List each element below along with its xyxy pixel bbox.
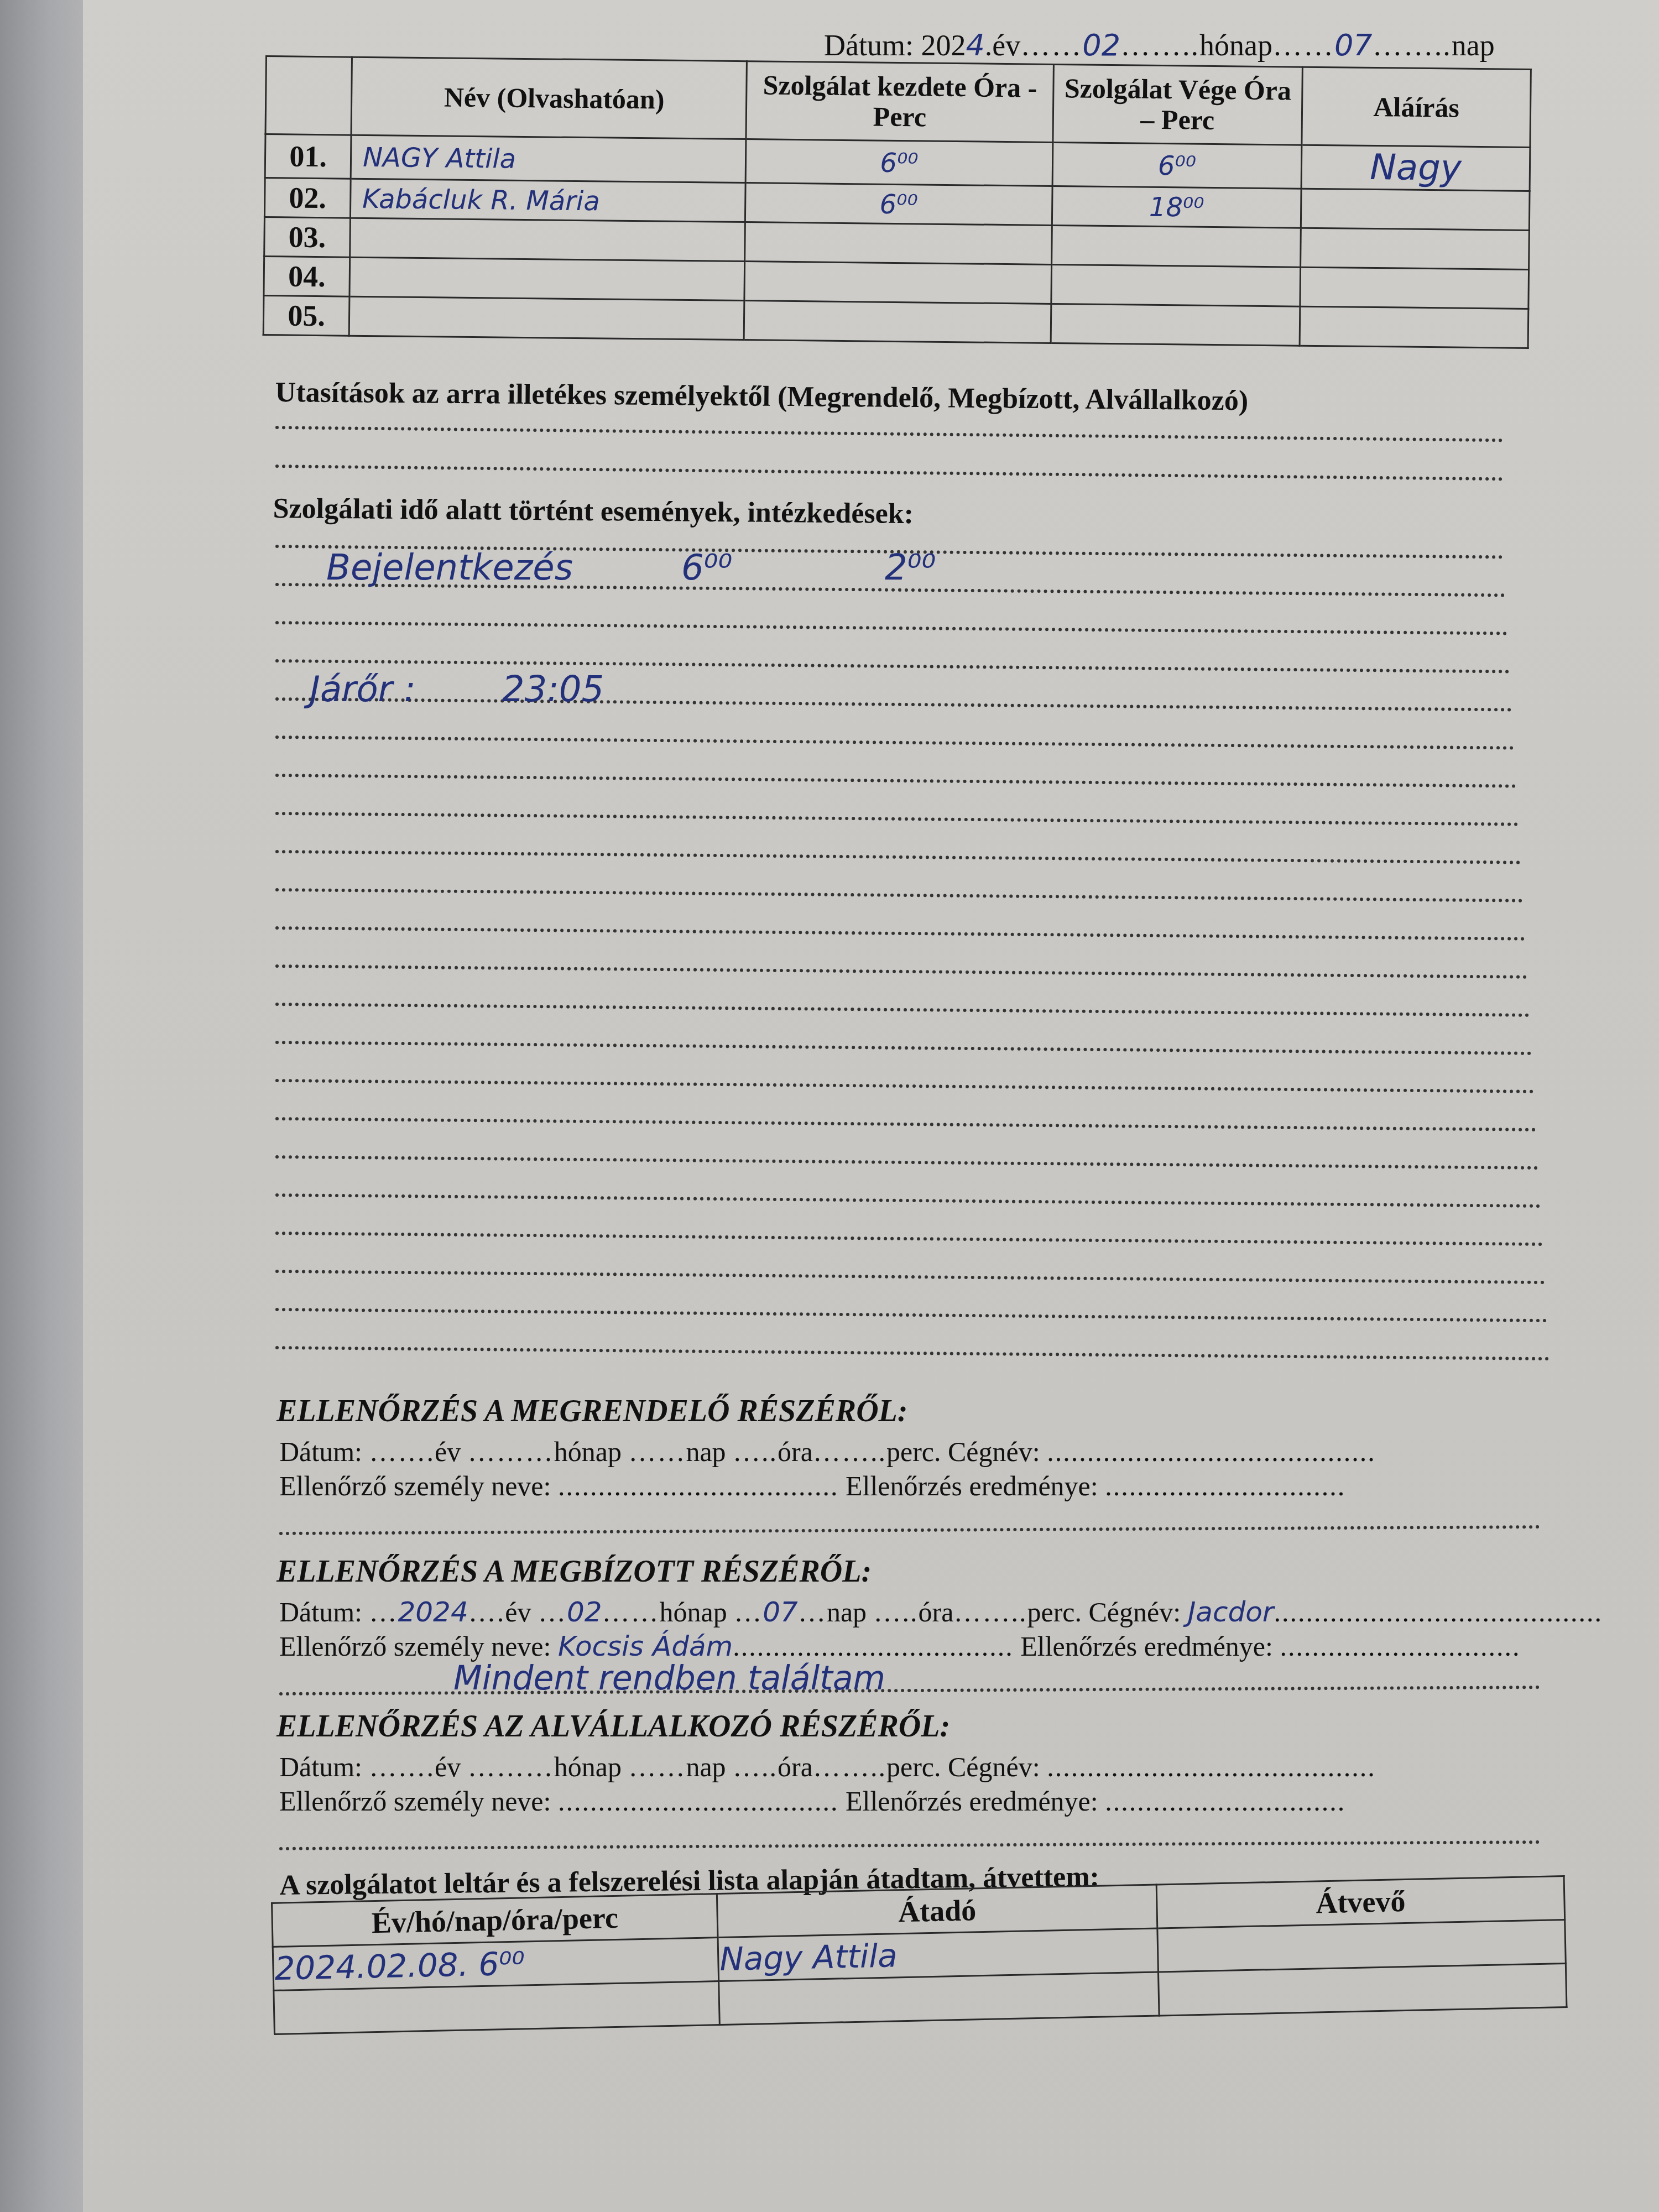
check-heading: ELLENŐRZÉS A MEGBÍZOTT RÉSZÉRŐL: xyxy=(276,1554,872,1589)
row-number: 04. xyxy=(264,256,350,296)
end-cell[interactable]: 18⁰⁰ xyxy=(1149,192,1204,223)
shift-table-header: Név (Olvashatóan) Szolgálat kezdete Óra … xyxy=(265,56,1531,148)
name-cell[interactable]: NAGY Attila xyxy=(363,142,517,175)
event-entry[interactable]: Járőr : 23:05 xyxy=(310,669,604,710)
date-label: Dátum: xyxy=(279,1751,362,1782)
company-label: Cégnév: xyxy=(948,1751,1040,1782)
event-time-1: 23:05 xyxy=(502,669,604,710)
name-cell[interactable]: Kabácluk R. Mária xyxy=(362,184,600,217)
document-date: Dátum: 2024.év……02……..hónap……07……..nap xyxy=(824,28,1495,62)
result-label: Ellenőrzés eredménye: xyxy=(846,1786,1098,1817)
check-month[interactable]: 02 xyxy=(567,1596,602,1628)
row-number: 05. xyxy=(263,295,349,336)
date-year-suffix: .év xyxy=(985,29,1020,62)
row-number: 01. xyxy=(265,134,351,179)
handover-table: Év/hó/nap/óra/perc Átadó Átvevő 2024.02.… xyxy=(271,1875,1568,2035)
event-entry[interactable]: Bejelentkezés 6⁰⁰ 2⁰⁰ xyxy=(326,547,936,588)
minute-label: perc. xyxy=(886,1751,941,1782)
check-day[interactable]: 07 xyxy=(763,1596,798,1628)
minute-label: perc. xyxy=(1027,1597,1082,1627)
check-person[interactable]: Kocsis Ádám xyxy=(558,1630,733,1662)
month-label: hónap xyxy=(554,1751,622,1782)
event-text: Járőr : xyxy=(310,669,416,710)
check-heading: ELLENŐRZÉS A MEGRENDELŐ RÉSZÉRŐL: xyxy=(276,1394,907,1429)
minute-label: perc. xyxy=(886,1436,941,1467)
month-label: hónap xyxy=(660,1597,727,1627)
check-heading: ELLENŐRZÉS AZ ALVÁLLALKOZÓ RÉSZÉRŐL: xyxy=(276,1709,950,1744)
check-date-row: Dátum: …2024….év …02……hónap …07…nap …..ó… xyxy=(279,1596,1603,1628)
result-label: Ellenőrzés eredménye: xyxy=(1020,1631,1273,1662)
day-label: nap xyxy=(686,1436,726,1467)
date-label: Dátum: xyxy=(279,1597,362,1627)
hour-label: óra xyxy=(778,1436,813,1467)
check-result-row: Mindent rendben találtam xyxy=(453,1659,885,1698)
day-label: nap xyxy=(686,1751,726,1782)
check-company[interactable]: Jacdor xyxy=(1188,1596,1274,1628)
date-month-suffix: hónap xyxy=(1199,29,1272,62)
year-label: év xyxy=(435,1436,461,1467)
year-label: év xyxy=(505,1597,531,1627)
check-date-row: Dátum: …….év ………hónap ……nap …..óra……..pe… xyxy=(279,1436,1376,1468)
company-label: Cégnév: xyxy=(948,1436,1040,1467)
person-label: Ellenőrző személy neve: xyxy=(279,1786,551,1817)
check-result[interactable]: Mindent rendben találtam xyxy=(453,1659,885,1698)
giver-cell[interactable]: Nagy Attila xyxy=(719,1937,898,1978)
signature-cell[interactable]: Nagy xyxy=(1370,147,1462,189)
event-time-1: 6⁰⁰ xyxy=(681,547,732,588)
company-label: Cégnév: xyxy=(1088,1597,1181,1627)
header-signature: Aláírás xyxy=(1302,67,1531,147)
check-date-row: Dátum: …….év ………hónap ……nap …..óra……..pe… xyxy=(279,1751,1376,1783)
hour-label: óra xyxy=(778,1751,813,1782)
header-receiver: Átvevő xyxy=(1156,1876,1564,1928)
header-start: Szolgálat kezdete Óra - Perc xyxy=(746,61,1053,143)
person-label: Ellenőrző személy neve: xyxy=(279,1470,551,1501)
start-cell[interactable]: 6⁰⁰ xyxy=(879,189,918,221)
check-person-row: Ellenőrző személy neve: ................… xyxy=(279,1470,1345,1502)
day-label: nap xyxy=(827,1597,867,1627)
date-month[interactable]: 02 xyxy=(1082,28,1120,62)
check-person-row: Ellenőrző személy neve: Kocsis Ádám.....… xyxy=(279,1630,1520,1662)
month-label: hónap xyxy=(554,1436,622,1467)
header-end: Szolgálat Vége Óra – Perc xyxy=(1053,64,1302,145)
row-number: 02. xyxy=(264,178,351,218)
person-label: Ellenőrző személy neve: xyxy=(279,1631,551,1662)
end-cell[interactable]: 6⁰⁰ xyxy=(1158,150,1197,182)
date-year-digit[interactable]: 4 xyxy=(966,28,984,62)
result-label: Ellenőrzés eredménye: xyxy=(846,1470,1098,1501)
date-day-suffix: nap xyxy=(1452,29,1495,62)
header-num xyxy=(265,56,352,135)
hour-label: óra xyxy=(919,1597,954,1627)
shift-table: Név (Olvashatóan) Szolgálat kezdete Óra … xyxy=(263,55,1532,349)
year-label: év xyxy=(435,1751,461,1782)
header-name: Név (Olvashatóan) xyxy=(351,57,747,139)
events-heading: Szolgálati idő alatt történt események, … xyxy=(273,492,914,530)
check-person-row: Ellenőrző személy neve: ................… xyxy=(279,1785,1345,1817)
datetime-cell[interactable]: 2024.02.08. 6⁰⁰ xyxy=(274,1944,525,1987)
date-label: Dátum: xyxy=(279,1436,362,1467)
event-text: Bejelentkezés xyxy=(326,547,573,588)
start-cell[interactable]: 6⁰⁰ xyxy=(880,148,919,179)
event-time-2: 2⁰⁰ xyxy=(885,547,936,588)
date-label: Dátum: 202 xyxy=(824,29,966,62)
row-number: 03. xyxy=(264,217,351,257)
check-year[interactable]: 2024 xyxy=(398,1596,468,1628)
date-day[interactable]: 07 xyxy=(1334,28,1373,62)
